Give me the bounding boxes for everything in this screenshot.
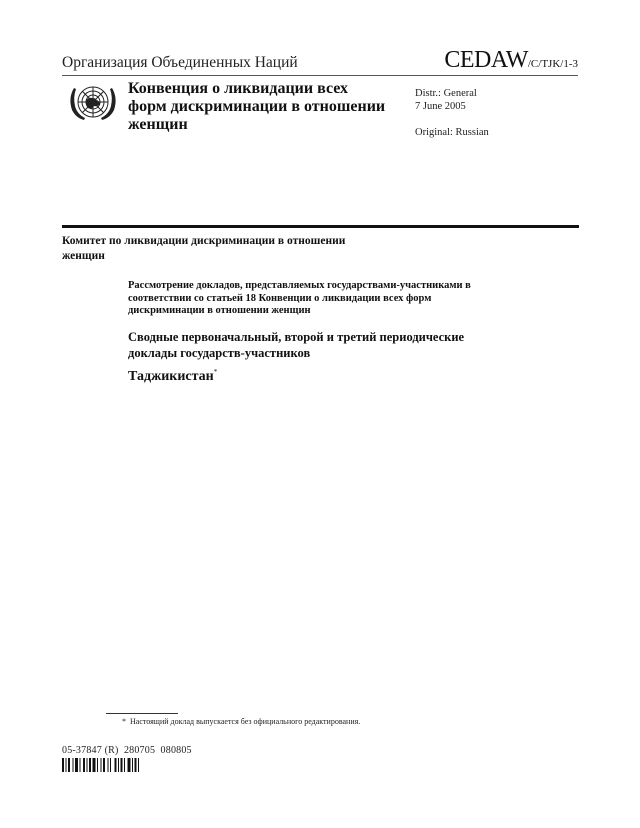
footnote-separator (106, 713, 178, 714)
organization-name: Организация Объединенных Наций (62, 54, 298, 72)
footnote-marker: * (122, 717, 126, 726)
report-title: Сводные первоначальный, второй и третий … (128, 329, 498, 361)
footnote-text: Настоящий доклад выпускается без официал… (130, 717, 360, 726)
issue-date: 7 June 2005 (415, 100, 489, 113)
barcode-icon (62, 758, 174, 772)
footnote: * Настоящий доклад выпускается без офици… (122, 717, 360, 726)
symbol-main: CEDAW (444, 47, 528, 73)
distribution: Distr.: General (415, 87, 489, 100)
distribution-block: Distr.: General 7 June 2005 Original: Ru… (415, 87, 489, 139)
country-name: Таджикистан* (128, 368, 217, 385)
convention-title: Конвенция о ликвидации всех форм дискрим… (128, 80, 388, 134)
footnote-mark: * (214, 368, 218, 376)
country-label: Таджикистан (128, 369, 214, 384)
header-rule (62, 75, 578, 76)
symbol-suffix: /C/TJK/1-3 (528, 58, 578, 70)
job-number: 05-37847 (R) 280705 080805 (62, 745, 192, 756)
consideration-heading: Рассмотрение докладов, представляемых го… (128, 280, 498, 318)
un-emblem-icon (64, 80, 122, 124)
committee-name: Комитет по ликвидации дискриминации в от… (62, 234, 362, 264)
document-symbol: CEDAW/C/TJK/1-3 (444, 47, 578, 74)
original-language: Original: Russian (415, 126, 489, 139)
masthead-rule (62, 225, 579, 228)
